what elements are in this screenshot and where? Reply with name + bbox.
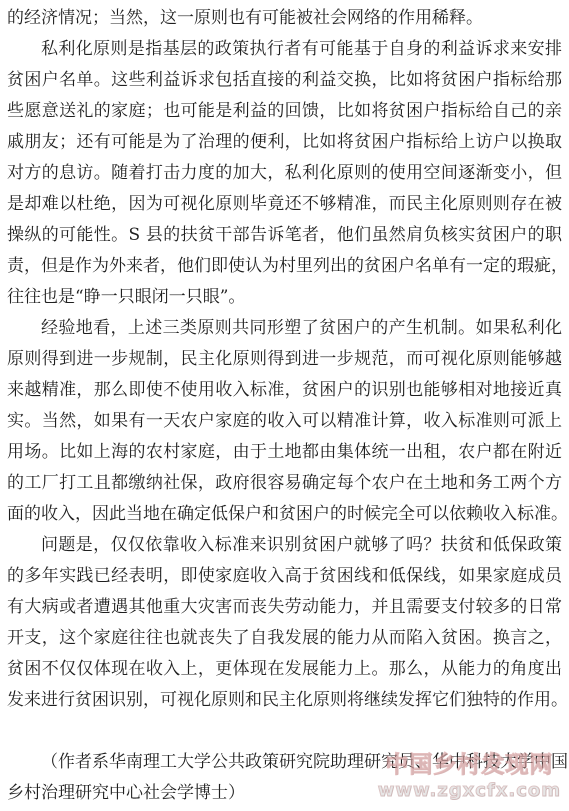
text-line: 实。当然，如果有一天农户家庭的收入可以精准计算，收入标准则可派上: [7, 406, 562, 437]
text-line: 是却难以杜绝，因为可视化原则毕竟还不够精准，而民主化原则则存在被: [7, 189, 562, 220]
text-line: 责，但是作为外来者，他们即使认为村里列出的贫困户名单有一定的瑕疵，: [7, 251, 562, 282]
text-line: 的多年实践已经表明，即使家庭收入高于贫困线和低保线，如果家庭成员: [7, 561, 562, 592]
document-page: 的经济情况；当然，这一原则也有可能被社会网络的作用稀释。 私利化原则是指基层的政…: [0, 0, 569, 811]
text-line: 私利化原则是指基层的政策执行者有可能基于自身的利益诉求来安排: [7, 34, 562, 65]
text-line: 有大病或者遭遇其他重大灾害而丧失劳动能力，并且需要支付较多的日常: [7, 592, 562, 623]
blank-line: [7, 716, 562, 747]
text-line: 对方的息访。随着打击力度的加大，私利化原则的使用空间逐渐变小，但: [7, 158, 562, 189]
text-line: 用场。比如上海的农村家庭，由于土地都由集体统一出租，农户都在附近: [7, 437, 562, 468]
text-line: 开支，这个家庭往往也就丧失了自我发展的能力从而陷入贫困。换言之，: [7, 623, 562, 654]
text-line: 的经济情况；当然，这一原则也有可能被社会网络的作用稀释。: [7, 3, 562, 34]
text-line: 面的收入，因此当地在确定低保户和贫困户的时候完全可以依赖收入标准。: [7, 499, 562, 530]
text-line: 些愿意送礼的家庭；也可能是利益的回馈，比如将贫困户指标给自己的亲: [7, 96, 562, 127]
text-line: 经验地看，上述三类原则共同形塑了贫困户的产生机制。如果私利化: [7, 313, 562, 344]
author-note-line: 乡村治理研究中心社会学博士）: [7, 778, 562, 809]
text-line: 操纵的可能性。S 县的扶贫干部告诉笔者，他们虽然肩负核实贫困户的职: [7, 220, 562, 251]
text-line: 问题是，仅仅依靠收入标准来识别贫困户就够了吗？扶贫和低保政策: [7, 530, 562, 561]
text-line: 贫困不仅仅体现在收入上，更体现在发展能力上。那么，从能力的角度出: [7, 654, 562, 685]
text-line: 原则得到进一步规制，民主化原则得到进一步规范，而可视化原则能够越: [7, 344, 562, 375]
author-note-line: （作者系华南理工大学公共政策研究院助理研究员、华中科技大学中国: [7, 747, 562, 778]
text-line: 往往也是“睁一只眼闭一只眼”。: [7, 282, 562, 313]
text-line: 来越精准，那么即使不使用收入标准，贫困户的识别也能够相对地接近真: [7, 375, 562, 406]
text-line: 戚朋友；还有可能是为了治理的便利，比如将贫困户指标给上访户以换取: [7, 127, 562, 158]
text-line: 的工厂打工且都缴纳社保，政府很容易确定每个农户在土地和务工两个方: [7, 468, 562, 499]
text-line: 贫困户名单。这些利益诉求包括直接的利益交换，比如将贫困户指标给那: [7, 65, 562, 96]
text-line: 发来进行贫困识别，可视化原则和民主化原则将继续发挥它们独特的作用。: [7, 685, 562, 716]
